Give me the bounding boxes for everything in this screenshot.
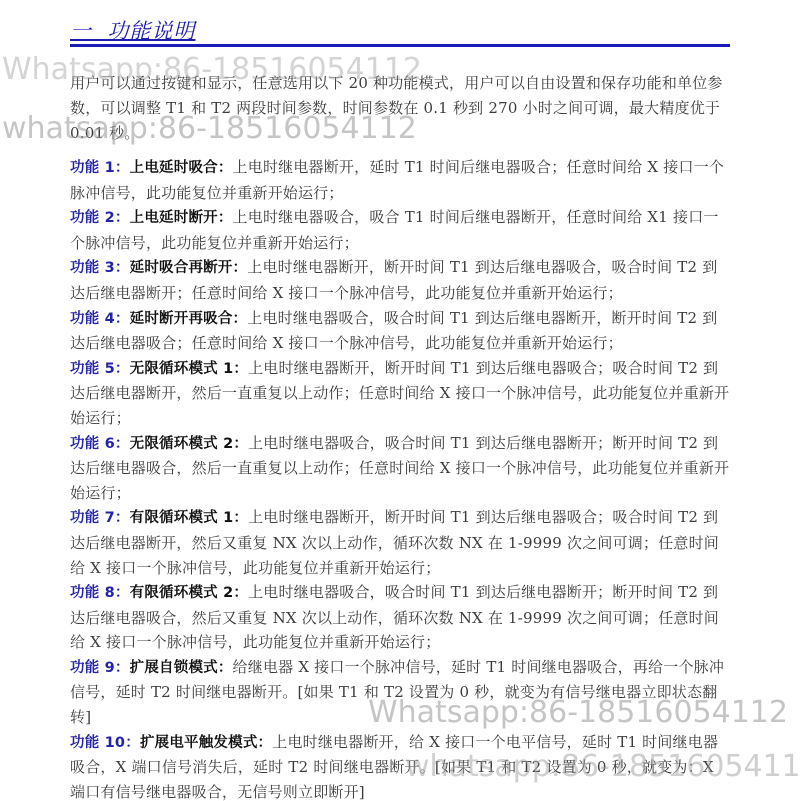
function-item-3: 功能 3：延时吸合再断开：上电时继电器断开，断开时间 T1 到达后继电器吸合，吸… — [70, 255, 732, 305]
function-name: 延时吸合再断开： — [130, 260, 248, 276]
section-heading-text: 一 功能说明 — [70, 19, 195, 43]
function-item-1: 功能 1：上电延时吸合：上电时继电器断开，延时 T1 时间后继电器吸合；任意时间… — [70, 155, 732, 205]
function-name: 扩展电平触发模式： — [140, 735, 272, 751]
function-item-2: 功能 2：上电延时断开：上电时继电器吸合，吸合 T1 时间后继电器断开，任意时间… — [70, 205, 732, 255]
function-item-7: 功能 7：有限循环模式 1：上电时继电器断开，断开时间 T1 到达后继电器吸合；… — [70, 505, 732, 580]
function-name: 无限循环模式 2： — [130, 436, 248, 452]
function-name: 上电延时吸合： — [130, 160, 233, 176]
section-number: 一 — [70, 19, 92, 43]
function-name: 有限循环模式 2： — [130, 585, 248, 601]
function-label: 功能 9： — [70, 660, 130, 676]
section-heading: 一 功能说明 — [70, 18, 730, 47]
function-item-9: 功能 9：扩展自锁模式：给继电器 X 接口一个脉冲信号，延时 T1 时间继电器吸… — [70, 655, 732, 730]
section-title: 功能说明 — [107, 19, 195, 43]
function-label: 功能 5： — [70, 361, 130, 377]
function-label: 功能 2： — [70, 210, 130, 226]
function-label: 功能 8： — [70, 585, 130, 601]
function-name: 上电延时断开： — [130, 210, 233, 226]
document-page: 一 功能说明 用户可以通过按键和显示，任意选用以下 20 种功能模式，用户可以自… — [0, 0, 801, 801]
function-label: 功能 7： — [70, 510, 130, 526]
function-label: 功能 3： — [70, 260, 130, 276]
function-name: 无限循环模式 1： — [130, 361, 248, 377]
function-label: 功能 1： — [70, 160, 130, 176]
function-name: 延时断开再吸合： — [130, 311, 248, 327]
function-item-4: 功能 4：延时断开再吸合：上电时继电器吸合，吸合时间 T1 到达后继电器断开，断… — [70, 306, 732, 356]
function-item-6: 功能 6：无限循环模式 2：上电时继电器吸合，吸合时间 T1 到达后继电器断开；… — [70, 431, 732, 506]
function-item-10: 功能 10：扩展电平触发模式：上电时继电器断开，给 X 接口一个电平信号，延时 … — [70, 730, 732, 801]
function-name: 有限循环模式 1： — [130, 510, 248, 526]
intro-paragraph: 用户可以通过按键和显示，任意选用以下 20 种功能模式，用户可以自由设置和保存功… — [70, 71, 732, 146]
function-item-5: 功能 5：无限循环模式 1：上电时继电器断开，断开时间 T1 到达后继电器吸合；… — [70, 356, 732, 431]
function-label: 功能 4： — [70, 311, 130, 327]
function-item-8: 功能 8：有限循环模式 2：上电时继电器吸合，吸合时间 T1 到达后继电器断开；… — [70, 580, 732, 655]
function-name: 扩展自锁模式： — [130, 660, 233, 676]
function-label: 功能 6： — [70, 436, 130, 452]
function-list: 功能 1：上电延时吸合：上电时继电器断开，延时 T1 时间后继电器吸合；任意时间… — [70, 155, 732, 801]
function-label: 功能 10： — [70, 735, 140, 751]
